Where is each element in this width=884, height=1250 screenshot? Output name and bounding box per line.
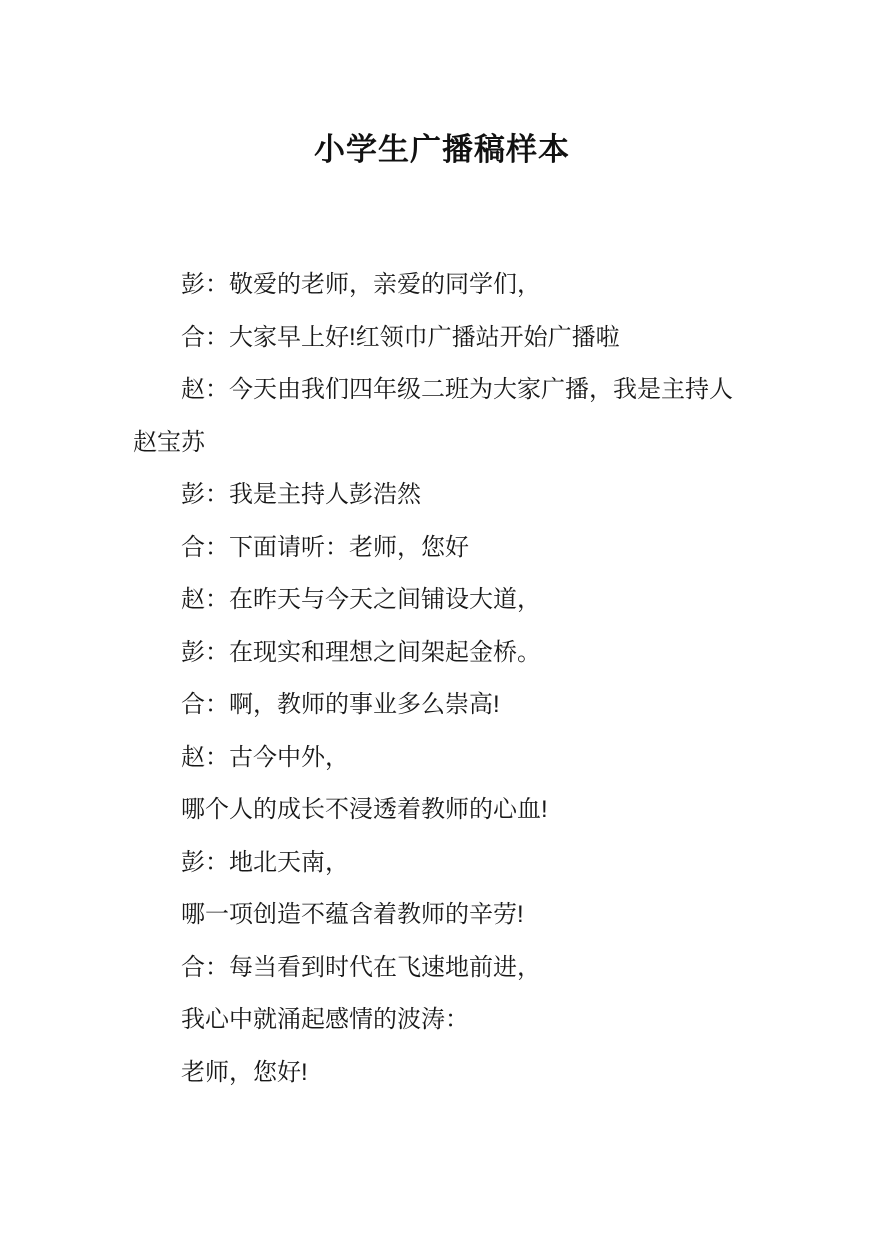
script-line: 彭：敬爱的老师，亲爱的同学们， (133, 259, 751, 312)
document-page: 小学生广播稿样本 彭：敬爱的老师，亲爱的同学们， 合：大家早上好!红领巾广播站开… (0, 0, 884, 1250)
script-line: 哪一项创造不蕴含着教师的辛劳! (133, 889, 751, 942)
script-line: 赵：古今中外， (133, 732, 751, 785)
script-line: 彭：我是主持人彭浩然 (133, 469, 751, 522)
script-line: 合：啊，教师的事业多么崇高! (133, 679, 751, 732)
script-line: 赵：在昨天与今天之间铺设大道， (133, 574, 751, 627)
script-line: 彭：地北天南， (133, 837, 751, 890)
script-line: 彭：在现实和理想之间架起金桥。 (133, 627, 751, 680)
document-body: 彭：敬爱的老师，亲爱的同学们， 合：大家早上好!红领巾广播站开始广播啦 赵：今天… (133, 169, 751, 1099)
script-line: 我心中就涌起感情的波涛： (133, 994, 751, 1047)
script-line: 老师，您好! (133, 1047, 751, 1100)
document-title: 小学生广播稿样本 (0, 0, 884, 169)
script-line: 赵：今天由我们四年级二班为大家广播，我是主持人赵宝苏 (133, 364, 751, 469)
script-line: 哪个人的成长不浸透着教师的心血! (133, 784, 751, 837)
script-line: 合：下面请听：老师，您好 (133, 522, 751, 575)
script-line: 合：每当看到时代在飞速地前进， (133, 942, 751, 995)
script-line: 合：大家早上好!红领巾广播站开始广播啦 (133, 312, 751, 365)
